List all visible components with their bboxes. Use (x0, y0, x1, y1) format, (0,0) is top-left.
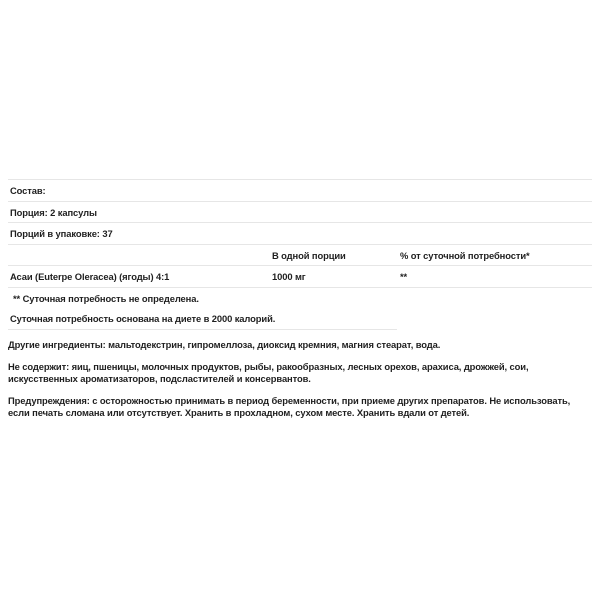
servings-per-container-row: Порций в упаковке: 37 (8, 222, 592, 244)
warnings-line-2: если печать сломана или отсутствует. Хра… (8, 407, 598, 419)
ingredient-name: Асаи (Euterpe Oleracea) (ягоды) 4:1 (10, 271, 169, 282)
supplement-facts-table: Состав: Порция: 2 капсулы Порций в упако… (8, 179, 592, 330)
footnote-not-established: ** Суточная потребность не определена. (13, 293, 199, 304)
ingredient-amount: 1000 мг (272, 271, 306, 282)
footnote-row: ** Суточная потребность не определена. (8, 287, 592, 309)
servings-per-container: Порций в упаковке: 37 (10, 228, 113, 239)
serving-size: Порция: 2 капсулы (10, 207, 97, 218)
warnings: Предупреждения: с осторожностью принимат… (8, 395, 598, 418)
ingredient-daily-value: ** (400, 271, 407, 282)
allergen-free-line-1: Не содержит: яиц, пшеницы, молочных прод… (8, 361, 598, 373)
table-header-row: В одной порции % от суточной потребности… (8, 244, 592, 266)
serving-size-row: Порция: 2 капсулы (8, 201, 592, 223)
allergen-free-statement: Не содержит: яиц, пшеницы, молочных прод… (8, 361, 598, 384)
column-header-amount: В одной порции (272, 250, 346, 261)
footnote-row-2: Суточная потребность основана на диете в… (8, 308, 397, 330)
composition-row: Состав: (8, 179, 592, 201)
other-ingredients-text: Другие ингредиенты: мальтодекстрин, гипр… (8, 339, 598, 351)
table-row: Асаи (Euterpe Oleracea) (ягоды) 4:1 1000… (8, 265, 592, 287)
other-ingredients: Другие ингредиенты: мальтодекстрин, гипр… (8, 339, 598, 351)
composition-label: Состав: (10, 185, 46, 196)
warnings-line-1: Предупреждения: с осторожностью принимат… (8, 395, 598, 407)
footnote-daily-value-basis: Суточная потребность основана на диете в… (10, 313, 275, 324)
allergen-free-line-2: искусственных ароматизаторов, подсластит… (8, 373, 598, 385)
column-header-daily-value: % от суточной потребности* (400, 250, 530, 261)
